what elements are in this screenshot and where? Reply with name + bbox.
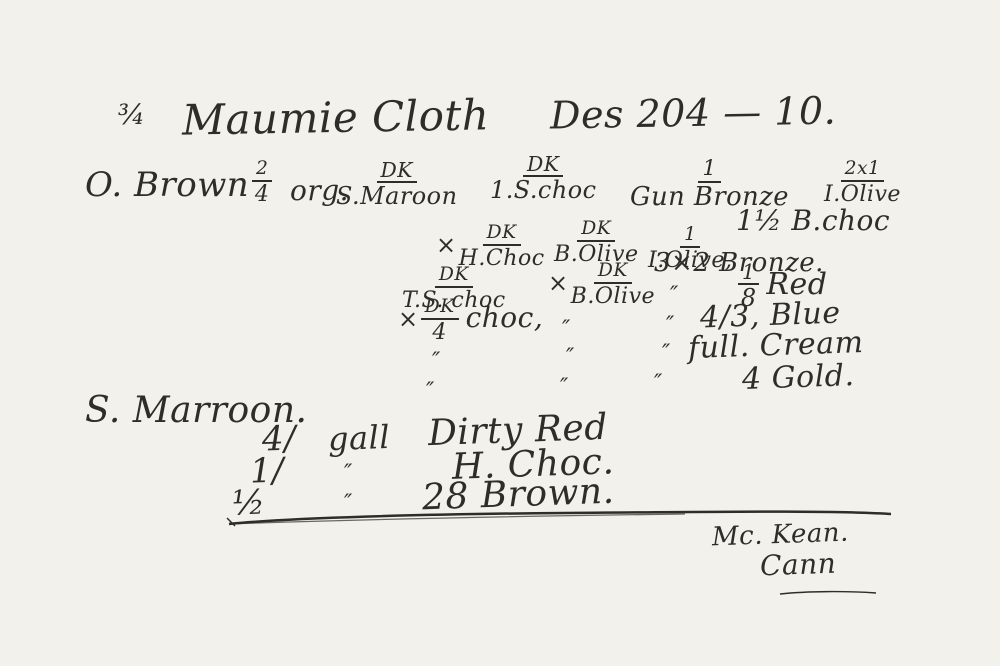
ditto-mark: ″ <box>432 350 442 373</box>
row1-cell1: DK S.Maroon <box>336 160 457 209</box>
fraction-numerator: DK <box>483 224 521 246</box>
fraction-numerator: DK <box>577 220 615 242</box>
fraction: DK 1.S.choc <box>490 154 597 203</box>
signature-underline <box>778 582 878 601</box>
title-fraction: ¾ <box>118 100 146 130</box>
color-word: choc, <box>466 301 544 334</box>
fraction-numerator: DK <box>523 154 563 177</box>
fraction-numerator: DK <box>421 298 459 320</box>
ditto-mark: ″ <box>662 342 672 365</box>
fraction-denominator: I.Olive <box>824 182 901 206</box>
row3-cell2: × DK B.Olive <box>548 262 655 308</box>
fraction: DK B.Olive <box>571 262 656 308</box>
fraction-numerator: DK <box>594 262 632 284</box>
fraction: DK S.Maroon <box>336 160 457 209</box>
ditto-mark: ″ <box>562 318 572 341</box>
customer-qty-fraction: 2 4 <box>252 160 272 206</box>
cross-mark: × <box>398 305 419 333</box>
ditto-mark: ″ <box>344 462 354 485</box>
fraction-denominator: 4 <box>255 182 270 206</box>
fraction-numerator: 1 <box>738 262 759 285</box>
ditto-mark: ″ <box>670 284 680 307</box>
fraction-denominator: 1.S.choc <box>490 177 597 203</box>
fraction-numerator: DK <box>435 266 473 288</box>
fraction: DK B.Olive <box>554 220 639 266</box>
title-cloth-name: Maumie Cloth <box>182 93 490 142</box>
fraction-denominator: B.Olive <box>571 284 656 308</box>
fraction: 2x1 I.Olive <box>824 160 901 206</box>
handwritten-ledger-page: ¾ Maumie Cloth Des 204 — 10. O. Brown 2 … <box>0 0 1000 666</box>
ditto-mark: ″ <box>654 372 664 395</box>
row6-color: 4 Gold. <box>741 360 855 395</box>
ditto-mark: ″ <box>566 346 576 369</box>
cross-mark: × <box>436 231 457 259</box>
fraction: 1 Gun Bronze <box>630 158 789 211</box>
fraction-numerator: 2x1 <box>841 160 885 182</box>
row2-cell1: × DK H.Choc <box>436 224 545 270</box>
title-design-ref: Des 204 — 10. <box>550 92 837 137</box>
marroon-line1-unit: gall <box>327 421 390 457</box>
ditto-mark: ″ <box>666 314 676 337</box>
fraction: DK 4 <box>421 298 459 344</box>
ditto-mark: ″ <box>426 380 436 403</box>
fraction-numerator: DK <box>377 160 417 183</box>
fraction-denominator: S.Maroon <box>336 183 457 209</box>
row2-color: 1½ B.choc <box>736 206 890 235</box>
fraction-numerator: 2 <box>252 160 272 182</box>
fraction: 2 4 <box>252 160 272 206</box>
row4-cell1: × DK 4 choc, <box>398 298 543 344</box>
cross-mark: × <box>548 269 569 297</box>
signature-company: Cann <box>760 549 837 581</box>
row1-cell2: DK 1.S.choc <box>490 154 597 203</box>
row2-cell2: DK B.Olive <box>554 220 639 266</box>
row1-cell3: 1 Gun Bronze <box>630 158 789 211</box>
ditto-mark: ″ <box>560 376 570 399</box>
fraction-denominator: 4 <box>432 320 447 344</box>
fraction-numerator: 1 <box>698 158 720 183</box>
customer-name: O. Brown <box>85 168 249 204</box>
row1-cell4: 2x1 I.Olive <box>824 160 901 206</box>
fraction: DK H.Choc <box>459 224 545 270</box>
fraction-numerator: 1 <box>680 226 700 248</box>
